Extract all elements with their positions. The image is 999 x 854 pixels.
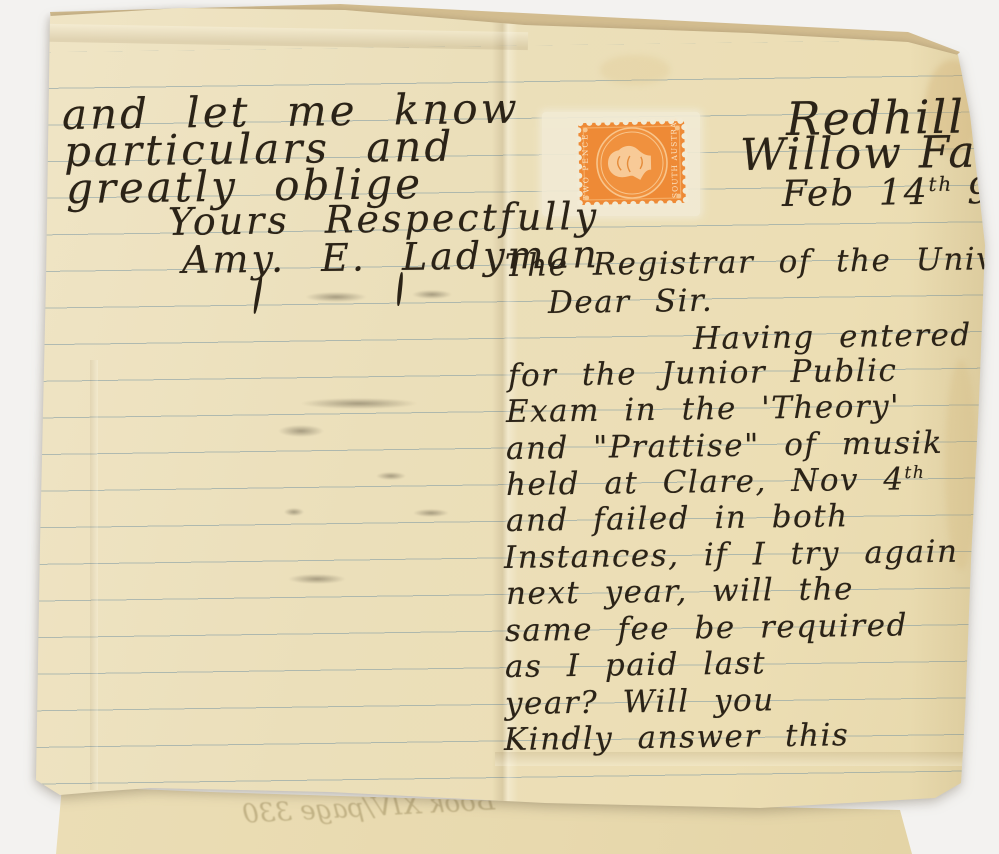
ink-smudge xyxy=(278,425,324,437)
body-line: year? Will you xyxy=(505,682,775,722)
scanned-letter: Book XIV/page 330 xyxy=(0,0,999,854)
ink-smudge xyxy=(305,292,367,302)
ink-smudge xyxy=(284,508,304,516)
ink-smudge xyxy=(288,574,346,584)
body-line: Kindly answer this xyxy=(504,717,850,758)
date-prefix: Feb 14 xyxy=(782,172,929,215)
recipient-line: The Registrar of the University xyxy=(505,240,999,284)
body-line: Instances, if I try again xyxy=(504,534,959,576)
body-line: same fee be required xyxy=(505,607,908,649)
body-line: for the Junior Public xyxy=(508,353,898,394)
top-fold-crease xyxy=(48,24,528,50)
greeting-line: Dear Sir. xyxy=(548,283,714,321)
date-year: 92 xyxy=(967,171,999,213)
age-stain xyxy=(600,55,670,85)
body-line: and failed in both xyxy=(506,498,849,539)
body-line: Having entered xyxy=(693,317,972,357)
main-sheet-shadow: SOUTH AUSTRALIA TWO PENCE and let me kno… xyxy=(0,0,999,854)
ink-smudge xyxy=(300,398,418,409)
body-line: Exam in the 'Theory' xyxy=(506,388,901,430)
body-line: and "Prattise" of musik xyxy=(506,425,944,467)
stamp-denomination-label: TWO PENCE xyxy=(580,132,590,200)
heading-date: Feb 14th92 xyxy=(782,171,999,215)
body-line: held at Clare, Nov 4th xyxy=(506,461,926,503)
letter-sheet: SOUTH AUSTRALIA TWO PENCE and let me kno… xyxy=(0,0,999,854)
nov-ordinal: th xyxy=(904,463,925,483)
body-line: next year, will the xyxy=(506,571,854,612)
ink-smudge xyxy=(376,472,406,480)
body-line: as I paid last xyxy=(505,645,767,685)
body-line-text: held at Clare, Nov 4 xyxy=(506,461,905,503)
ink-smudge xyxy=(412,290,452,299)
ink-smudge xyxy=(413,509,449,517)
date-ordinal: th xyxy=(928,173,953,196)
left-page-crease xyxy=(90,360,98,790)
